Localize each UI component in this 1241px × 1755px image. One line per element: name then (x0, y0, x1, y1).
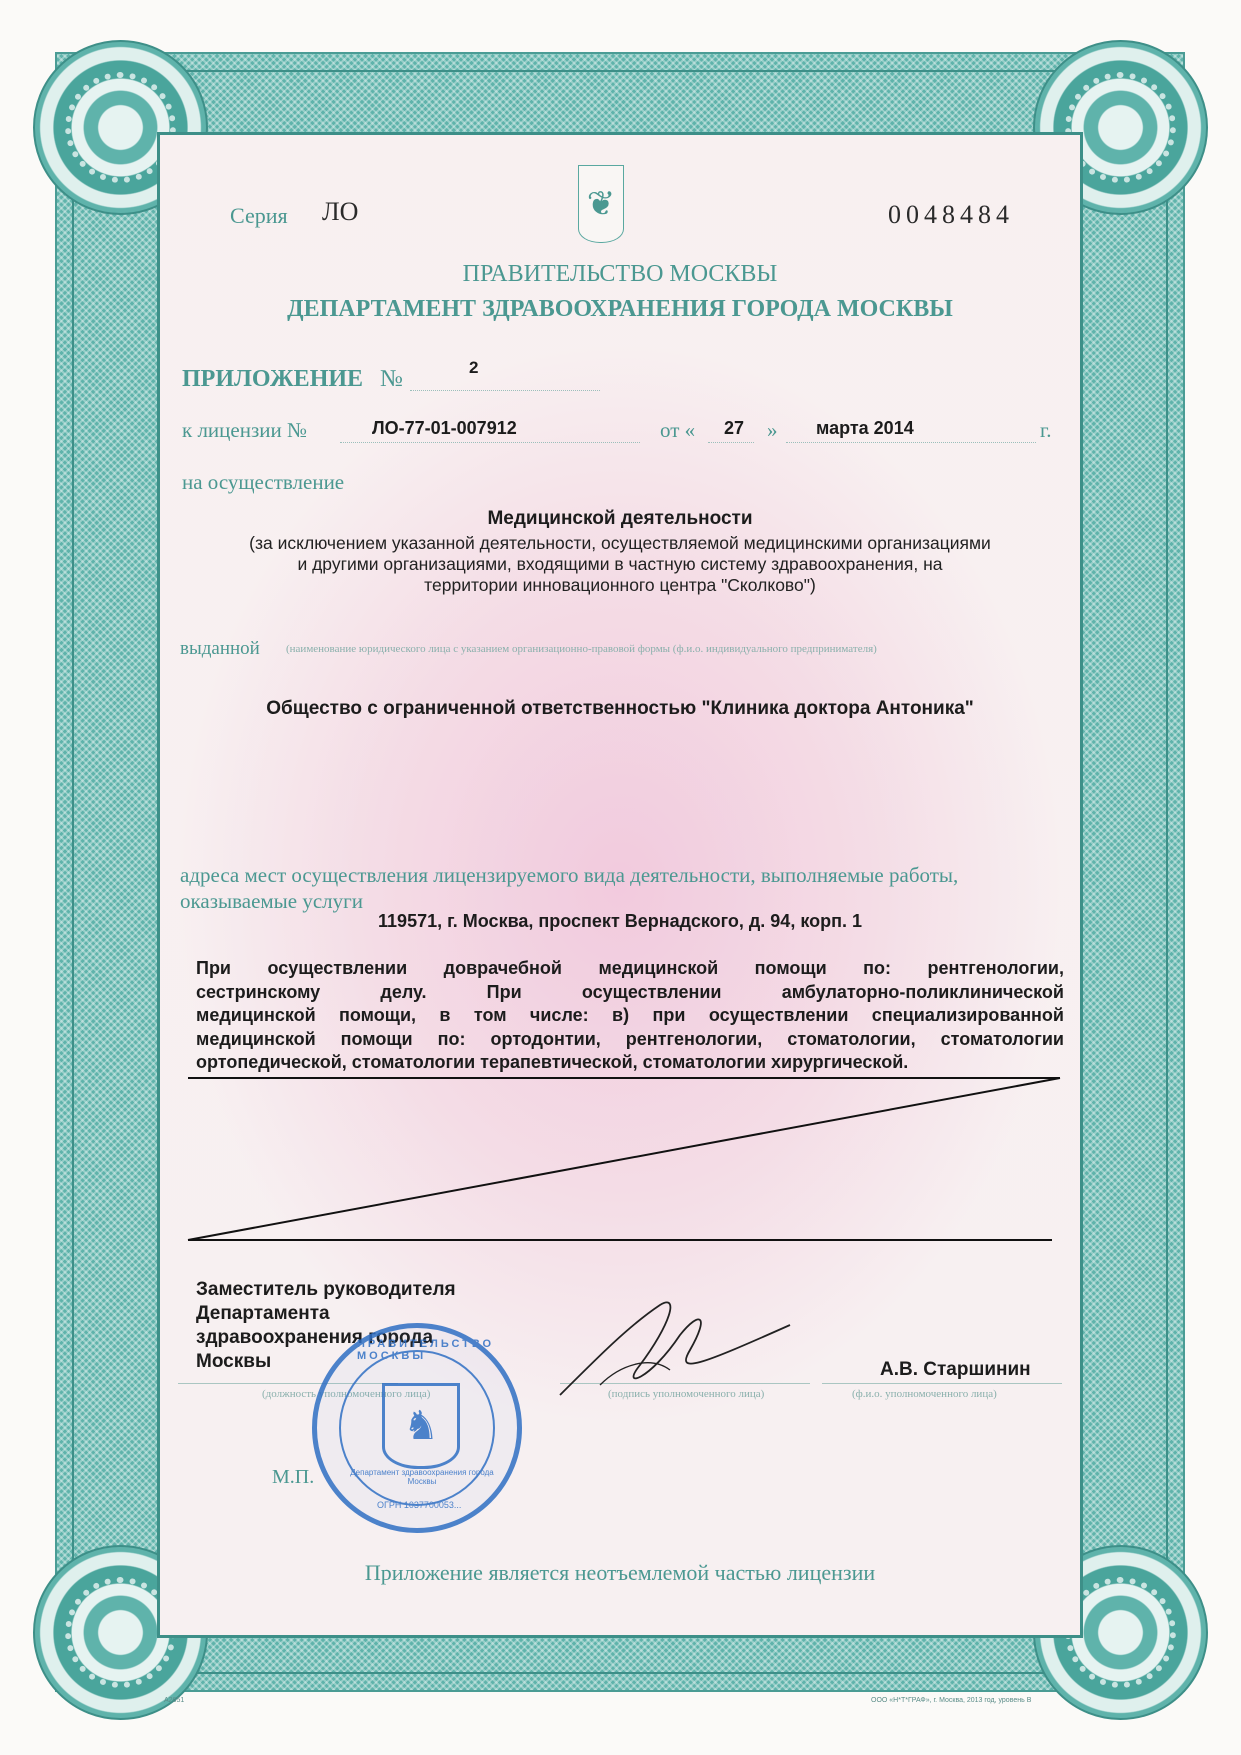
printer-imprint: ООО «Н*Т*ГРАФ», г. Москва, 2013 год, уро… (871, 1697, 1031, 1704)
seal-place-label: М.П. (272, 1466, 314, 1489)
appendix-note: Приложение является неотъемлемой частью … (160, 1560, 1080, 1586)
signatory-name: А.В. Старшинин (880, 1359, 1031, 1381)
form-code: А2651 (164, 1697, 184, 1704)
official-stamp: ♞ ПРАВИТЕЛЬСТВО МОСКВЫ Департамент здрав… (312, 1323, 522, 1533)
stamp-top-text: ПРАВИТЕЛЬСТВО МОСКВЫ (357, 1338, 517, 1362)
blank-space-strikeout (0, 0, 1241, 1755)
stamp-inner-text: Департамент здравоохранения города Москв… (347, 1468, 497, 1486)
moscow-coat-of-arms-icon: ♞ (382, 1383, 460, 1469)
stamp-ogrn: ОГРН 1037700053... (377, 1500, 461, 1510)
handwritten-signature (540, 1295, 820, 1405)
name-hint: (ф.и.о. уполномоченного лица) (852, 1388, 997, 1400)
name-field-line (822, 1383, 1062, 1384)
position-line: Заместитель руководителя (196, 1278, 456, 1302)
